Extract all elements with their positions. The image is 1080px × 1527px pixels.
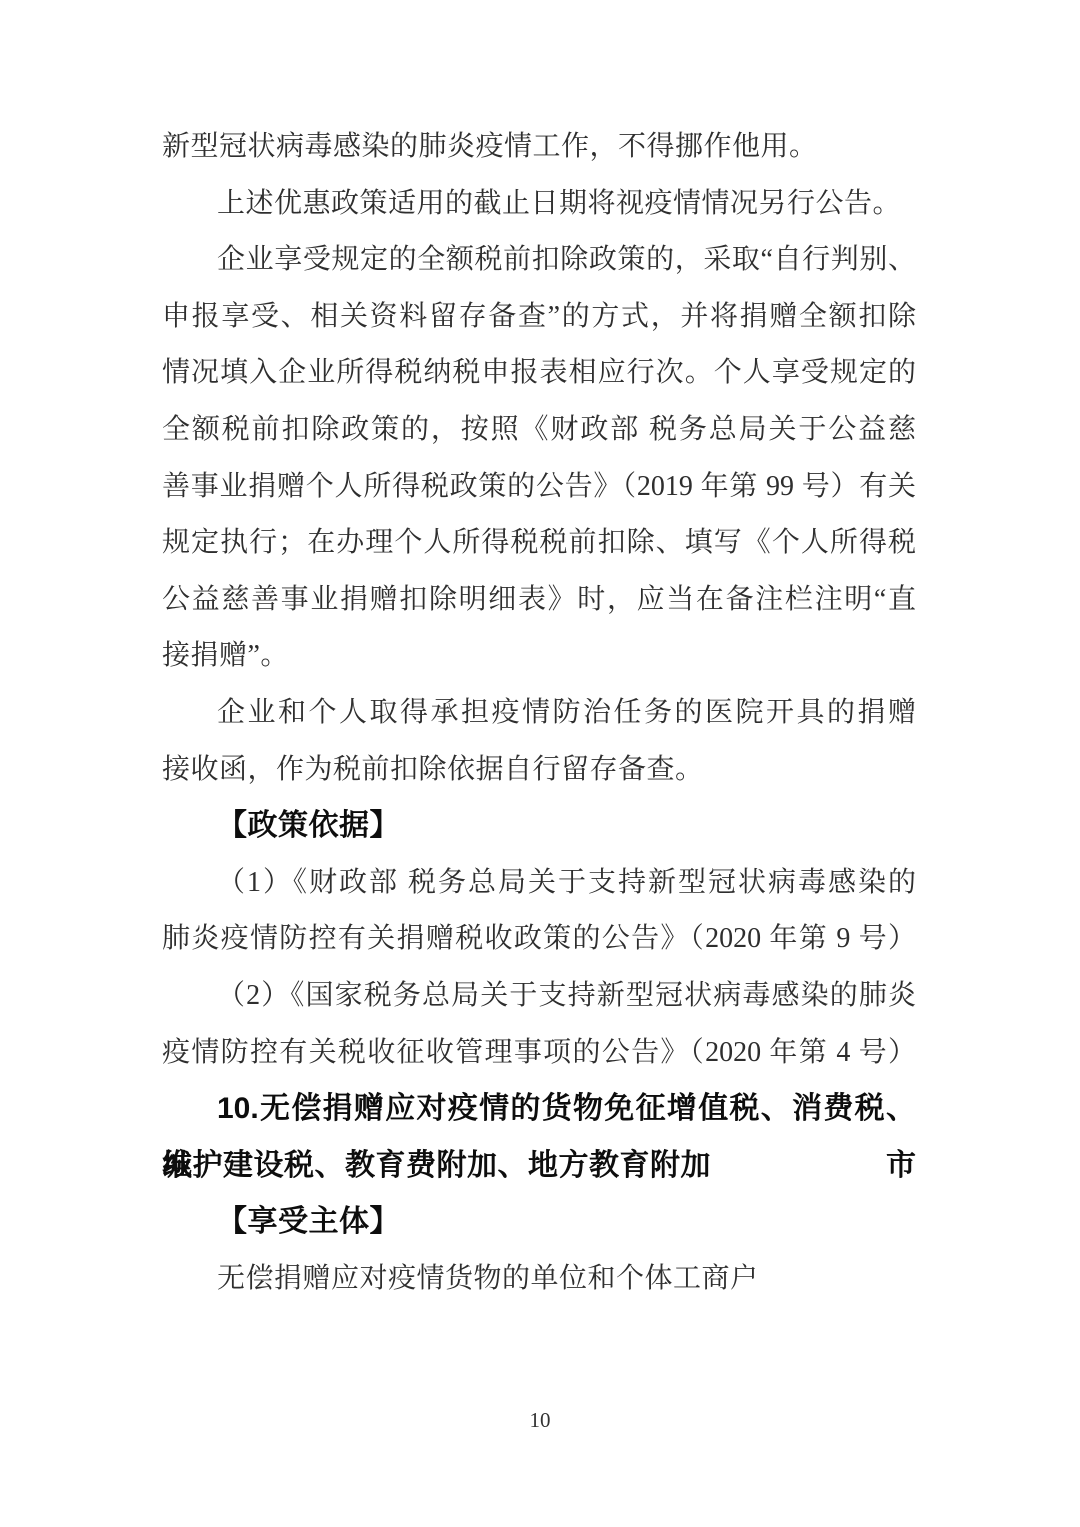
paragraph-line: 无偿捐赠应对疫情货物的单位和个体工商户 (162, 1251, 916, 1308)
item-10-title-line: 10.无偿捐赠应对疫情的货物免征增值税、消费税、城市 (162, 1081, 916, 1138)
page-number: 10 (0, 1408, 1080, 1433)
paragraph-line: 规定执行；在办理个人所得税税前扣除、填写《个人所得税 (162, 515, 916, 572)
paragraph-line: 接收函，作为税前扣除依据自行留存备查。 (162, 742, 916, 799)
paragraph-line: （2）《国家税务总局关于支持新型冠状病毒感染的肺炎 (162, 968, 916, 1025)
paragraph-line: 肺炎疫情防控有关捐赠税收政策的公告》（2020 年第 9 号） (162, 911, 916, 968)
paragraph-line: 新型冠状病毒感染的肺炎疫情工作，不得挪作他用。 (162, 119, 916, 176)
document-text-block: 新型冠状病毒感染的肺炎疫情工作，不得挪作他用。 上述优惠政策适用的截止日期将视疫… (162, 119, 916, 1307)
paragraph-line: （1）《财政部 税务总局关于支持新型冠状病毒感染的 (162, 855, 916, 912)
paragraph-line: 企业和个人取得承担疫情防治任务的医院开具的捐赠 (162, 685, 916, 742)
paragraph-line: 接捐赠”。 (162, 628, 916, 685)
paragraph-line: 情况填入企业所得税纳税申报表相应行次。个人享受规定的 (162, 345, 916, 402)
section-heading-eligible-subject: 【享受主体】 (162, 1194, 916, 1251)
paragraph-line: 申报享受、相关资料留存备查”的方式，并将捐赠全额扣除 (162, 289, 916, 346)
paragraph-line: 公益慈善事业捐赠扣除明细表》时，应当在备注栏注明“直 (162, 572, 916, 629)
paragraph-line: 疫情防控有关税收征收管理事项的公告》（2020 年第 4 号） (162, 1025, 916, 1082)
paragraph-line: 全额税前扣除政策的，按照《财政部 税务总局关于公益慈 (162, 402, 916, 459)
paragraph-line: 善事业捐赠个人所得税政策的公告》（2019 年第 99 号）有关 (162, 459, 916, 516)
section-heading-policy-basis: 【政策依据】 (162, 798, 916, 855)
document-page: 新型冠状病毒感染的肺炎疫情工作，不得挪作他用。 上述优惠政策适用的截止日期将视疫… (0, 0, 1080, 1527)
paragraph-line: 企业享受规定的全额税前扣除政策的，采取“自行判别、 (162, 232, 916, 289)
paragraph-line: 上述优惠政策适用的截止日期将视疫情情况另行公告。 (162, 176, 916, 233)
